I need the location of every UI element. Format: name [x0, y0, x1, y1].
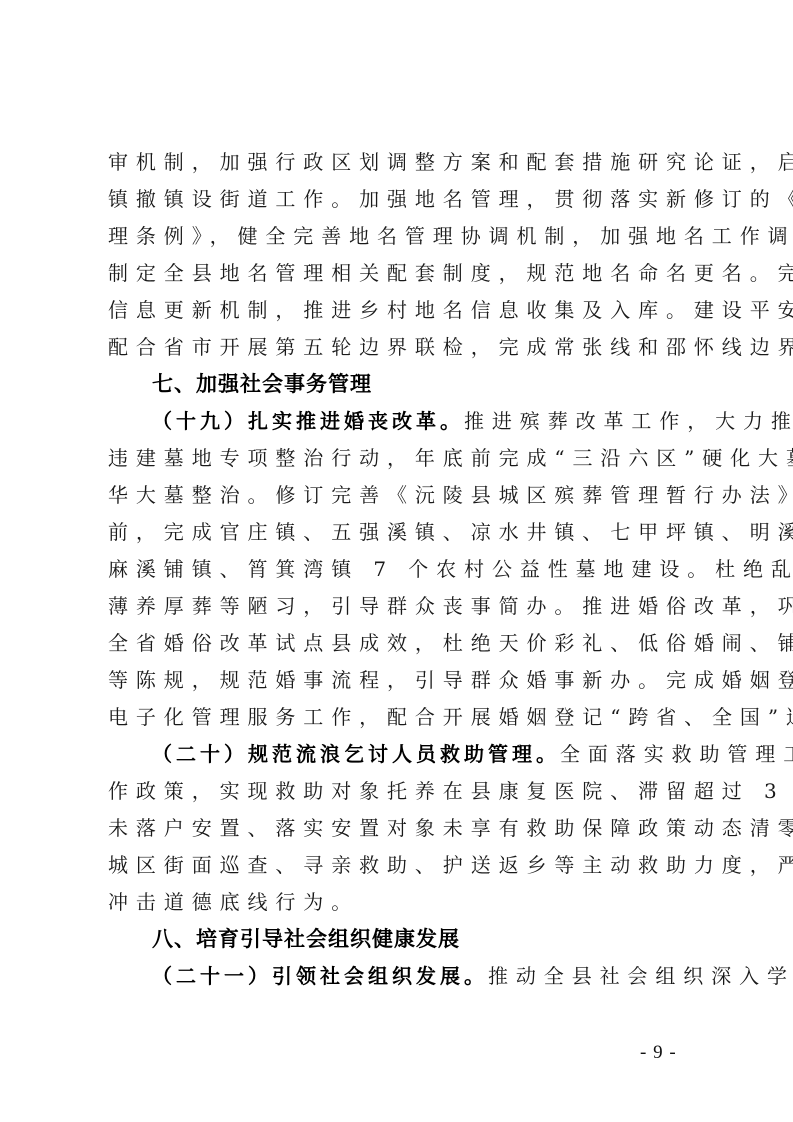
body-line: 等陈规，规范婚事流程，引导群众婚事新办。完成婚姻登记档案: [108, 662, 696, 699]
body-line: 违建墓地专项整治行动，年底前完成“三沿六区”硬化大墓、豪: [108, 440, 696, 477]
body-line: 全省婚俗改革试点县成效，杜绝天价彩礼、低俗婚闹、铺张浪费: [108, 625, 696, 662]
body-line: 信息更新机制，推进乡村地名信息收集及入库。建设平安边界，: [108, 292, 696, 329]
item-20-text: 全面落实救助管理工: [560, 742, 793, 766]
body-line: 审机制，加强行政区划调整方案和配套措施研究论证，启动沅陵: [108, 144, 696, 181]
item-21-title: （二十一）引领社会组织发展。: [152, 964, 488, 988]
body-line: 城区街面巡查、寻亲救助、护送返乡等主动救助力度，严防发生: [108, 847, 696, 884]
body-line: 前，完成官庄镇、五强溪镇、凉水井镇、七甲坪镇、明溪口镇、: [108, 514, 696, 551]
body-line: 华大墓整治。修订完善《沅陵县城区殡葬管理暂行办法》。年底: [108, 477, 696, 514]
body-line: 配合省市开展第五轮边界联检，完成常张线和邵怀线边界年检。: [108, 329, 696, 366]
body-line: 理条例》，健全完善地名管理协调机制，加强地名工作调查研究。: [108, 218, 696, 255]
item-21-text: 推动全县社会组织深入学习: [488, 964, 793, 988]
body-line: 作政策，实现救助对象托养在县康复医院、滞留超过 3 个月对象: [108, 773, 696, 810]
body-line: 未落户安置、落实安置对象未享有救助保障政策动态清零。加大: [108, 810, 696, 847]
body-line: 制定全县地名管理相关配套制度，规范地名命名更名。完善地名: [108, 255, 696, 292]
item-19-first-line: （十九）扎实推进婚丧改革。推进殡葬改革工作，大力推进: [108, 403, 696, 440]
item-21-first-line: （二十一）引领社会组织发展。推动全县社会组织深入学习: [108, 958, 696, 995]
body-line: 薄养厚葬等陋习，引导群众丧事简办。推进婚俗改革，巩固深化: [108, 588, 696, 625]
page-number: - 9 -: [640, 1042, 677, 1064]
item-20-first-line: （二十）规范流浪乞讨人员救助管理。全面落实救助管理工: [108, 736, 696, 773]
body-line: 冲击道德底线行为。: [108, 884, 696, 921]
item-19-text: 推进殡葬改革工作，大力推进: [464, 409, 793, 433]
document-page: 审机制，加强行政区划调整方案和配套措施研究论证，启动沅陵 镇撤镇设街道工作。加强…: [108, 144, 696, 995]
body-line: 镇撤镇设街道工作。加强地名管理，贯彻落实新修订的《地名管: [108, 181, 696, 218]
item-19-title: （十九）扎实推进婚丧改革。: [152, 409, 464, 433]
body-line: 电子化管理服务工作，配合开展婚姻登记“跨省、全国”通办。: [108, 699, 696, 736]
item-20-title: （二十）规范流浪乞讨人员救助管理。: [152, 742, 560, 766]
section-heading-7: 七、加强社会事务管理: [108, 366, 696, 403]
body-line: 麻溪铺镇、筲箕湾镇 7 个农村公益性墓地建设。杜绝乱埋乱葬，: [108, 551, 696, 588]
section-heading-8: 八、培育引导社会组织健康发展: [108, 921, 696, 958]
